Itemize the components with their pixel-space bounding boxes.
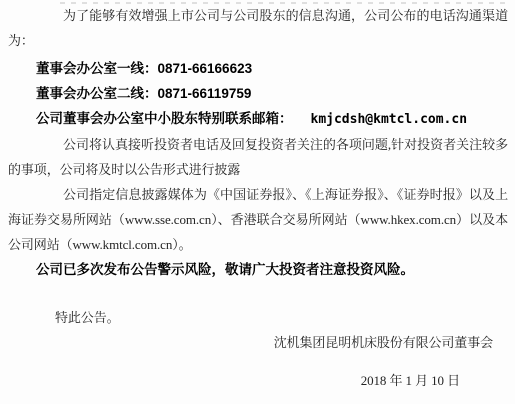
date-line: 2018 年 1 月 10 日 xyxy=(8,368,508,393)
paragraph-hotline-policy: 公司将认真接听投资者电话及回复投资者关注的各项问题,针对投资者关注较多的事项，公… xyxy=(8,132,508,182)
closing-line: 特此公告。 xyxy=(8,305,508,330)
email-address: kmjcdsh@kmtcl.com.cn xyxy=(311,112,468,127)
paragraph-risk-warning: 公司已多次发布公告警示风险，敬请广大投资者注意投资风险。 xyxy=(8,257,508,282)
signature-line: 沈机集团昆明机床股份有限公司董事会 xyxy=(8,330,508,355)
phone-line-2: 董事会办公室二线：0871-66119759 xyxy=(36,81,508,106)
email-label: 公司董事会办公室中小股东特别联系邮箱： xyxy=(36,111,293,126)
paragraph-intro: 为了能够有效增强上市公司与公司股东的信息沟通，公司公布的电话沟通渠道为： xyxy=(8,3,508,53)
scan-artifact-top-edge xyxy=(60,2,508,4)
paragraph-disclosure-media: 公司指定信息披露媒体为《中国证券报》、《上海证券报》、《证券时报》以及上海证券交… xyxy=(8,182,508,257)
email-line: 公司董事会办公室中小股东特别联系邮箱：kmjcdsh@kmtcl.com.cn xyxy=(36,106,508,132)
phone-line-1: 董事会办公室一线：0871-66166623 xyxy=(36,56,508,81)
announcement-document: 为了能够有效增强上市公司与公司股东的信息沟通，公司公布的电话沟通渠道为： 董事会… xyxy=(0,0,515,404)
